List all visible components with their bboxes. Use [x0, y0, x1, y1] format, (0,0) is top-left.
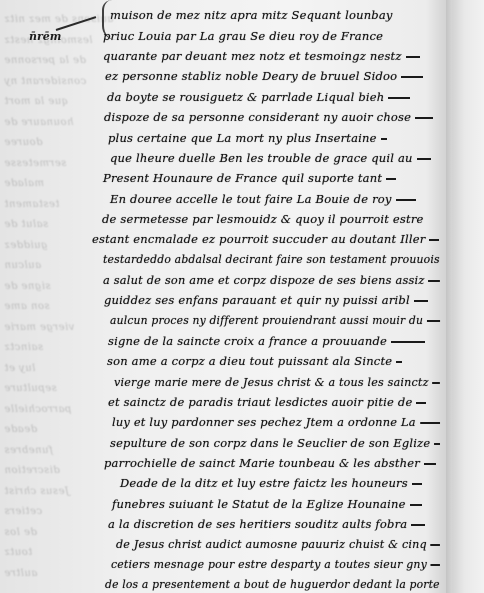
manuscript-line: cetiers mesnage pour estre desparty a to… — [111, 557, 440, 571]
line-filler-stroke — [429, 239, 439, 241]
bleed-through-line: cetiers — [4, 506, 42, 517]
manuscript-line: et sainctz de paradis triaut lesdictes a… — [108, 395, 426, 409]
line-text: luy et luy pardonner ses pechez Jtem a o… — [112, 415, 416, 429]
line-text: En douree accelle le tout faire La Bouie… — [110, 192, 392, 206]
line-text: signe de la saincte croix a france a pro… — [108, 334, 387, 348]
line-text: cetiers mesnage pour estre desparty a to… — [111, 557, 427, 571]
line-text: a la discretion de ses heritiers souditz… — [108, 517, 407, 531]
line-text: Deade de la ditz et luy estre faictz les… — [120, 476, 408, 490]
manuscript-line: a la discretion de ses heritiers souditz… — [108, 517, 425, 531]
manuscript-line: dispoze de sa personne considerant ny au… — [104, 110, 433, 124]
line-text: son ame a corpz a dieu tout puissant ala… — [107, 354, 392, 368]
manuscript-line: plus certaine que La mort ny plus Insert… — [108, 131, 387, 145]
bleed-through-line: considerant ny — [4, 76, 86, 87]
line-filler-stroke — [388, 97, 410, 99]
manuscript-line: a salut de son ame et corpz dispoze de s… — [103, 273, 440, 287]
line-text: Present Hounaure de France quil suporte … — [103, 171, 382, 185]
line-text: quarante par deuant mez notz et tesmoing… — [103, 49, 402, 63]
line-filler-stroke — [433, 382, 441, 384]
line-filler-stroke — [417, 158, 431, 160]
bleed-through-line: testament — [4, 199, 59, 210]
line-filler-stroke — [401, 76, 423, 78]
bleed-through-line: aultre — [4, 568, 37, 579]
manuscript-line: estant encmalade ez pourroit succuder au… — [92, 232, 439, 246]
line-filler-stroke — [414, 300, 428, 302]
line-text: priuc Louia par La grau Se dieu roy de F… — [103, 29, 383, 43]
line-filler-stroke — [396, 199, 416, 201]
bleed-through-line: sermetesse — [4, 158, 66, 169]
manuscript-line: vierge marie mere de Jesus christ & a to… — [114, 375, 440, 389]
manuscript-line: parrochielle de sainct Marie tounbeau & … — [104, 456, 436, 470]
manuscript-line: luy et luy pardonner ses pechez Jtem a o… — [112, 415, 440, 429]
line-text: estant encmalade ez pourroit succuder au… — [92, 232, 425, 246]
line-text: ez personne stabliz noble Deary de bruue… — [105, 69, 397, 83]
line-filler-stroke — [410, 504, 422, 506]
line-text: a salut de son ame et corpz dispoze de s… — [103, 273, 425, 287]
manuscript-line: que lheure duelle Ben les trouble de gra… — [110, 151, 431, 165]
line-text: testardeddo abdalsal decirant faire son … — [103, 252, 440, 266]
line-filler-stroke — [428, 280, 440, 282]
bleed-through-line: douree — [4, 137, 42, 148]
manuscript-page: auisons de mez nitzlesmoingz nestzde la … — [0, 0, 484, 593]
line-filler-stroke — [415, 117, 433, 119]
line-text: muison de mez nitz apra mitz Sequant lou… — [110, 8, 393, 22]
manuscript-line: En douree accelle le tout faire La Bouie… — [110, 192, 416, 206]
line-filler-stroke — [391, 341, 425, 343]
line-text: da boyte se rousiguetz & parrlade Liqual… — [107, 90, 384, 104]
bleed-through-line: de la personne — [4, 55, 86, 66]
manuscript-line: quarante par deuant mez notz et tesmoing… — [103, 49, 420, 63]
line-text: sepulture de son corpz dans le Seuclier … — [110, 436, 430, 450]
line-text: et sainctz de paradis triaut lesdictes a… — [108, 395, 412, 409]
line-text: vierge marie mere de Jesus christ & a to… — [114, 375, 429, 389]
line-text: que lheure duelle Ben les trouble de gra… — [110, 151, 413, 165]
bleed-through-line: toutz — [4, 547, 32, 558]
bleed-through-line: aulcun — [4, 260, 41, 271]
bleed-through-line: sainctz — [4, 342, 43, 353]
bleed-through-line: Jesus christ — [4, 486, 69, 497]
line-filler-stroke — [412, 483, 422, 485]
bleed-through-line: son ame — [4, 301, 50, 312]
bleed-through-line: discretion — [4, 465, 60, 476]
line-filler-stroke — [406, 56, 420, 58]
line-text: de los a presentement a bout de huguerdo… — [105, 577, 440, 591]
line-filler-stroke — [431, 564, 440, 566]
manuscript-line: de sermetesse par lesmouidz & quoy il po… — [102, 212, 424, 226]
manuscript-line: de los a presentement a bout de huguerdo… — [105, 577, 440, 591]
line-filler-stroke — [386, 178, 396, 180]
bleed-through-line: deade — [4, 424, 37, 435]
page-edge — [446, 0, 452, 593]
manuscript-line: priuc Louia par La grau Se dieu roy de F… — [103, 29, 383, 43]
manuscript-line: sepulture de son corpz dans le Seuclier … — [110, 436, 440, 450]
line-filler-stroke — [434, 443, 440, 445]
bleed-through-line: hounaure de — [4, 117, 73, 128]
line-text: aulcun proces ny different prouiendrant … — [110, 313, 423, 327]
manuscript-line: Deade de la ditz et luy estre faictz les… — [120, 476, 422, 490]
manuscript-line: Present Hounaure de France quil suporte … — [103, 171, 396, 185]
bleed-through-line: que la mort — [4, 96, 68, 107]
bleed-through-line: guiddez — [4, 240, 48, 251]
bleed-through-line: salut de — [4, 219, 48, 230]
line-text: guiddez ses enfans parauant et quir ny p… — [104, 293, 410, 307]
line-filler-stroke — [381, 138, 387, 140]
bleed-through-line: de los — [4, 527, 37, 538]
bleed-through-text: auisons de mez nitzlesmoingz nestzde la … — [0, 0, 105, 593]
line-text: dispoze de sa personne considerant ny au… — [104, 110, 411, 124]
manuscript-line: ez personne stabliz noble Deary de bruue… — [105, 69, 423, 83]
manuscript-line: signe de la saincte croix a france a pro… — [108, 334, 425, 348]
manuscript-line: aulcun proces ny different prouiendrant … — [110, 313, 440, 327]
margin-note: n̄rēm — [29, 30, 61, 43]
bleed-through-line: auisons de mez nitz — [4, 14, 113, 25]
manuscript-line: muison de mez nitz apra mitz Sequant lou… — [110, 8, 393, 22]
bleed-through-line: vierge marie — [4, 322, 74, 333]
line-text: funebres suiuant le Statut de la Eglize … — [112, 497, 406, 511]
line-text: de Jesus christ audict aumosne pauuriz c… — [116, 537, 427, 551]
bleed-through-line: funebres — [4, 445, 53, 456]
bleed-through-line: signe de — [4, 281, 51, 292]
manuscript-line: guiddez ses enfans parauant et quir ny p… — [104, 293, 428, 307]
line-text: de sermetesse par lesmouidz & quoy il po… — [102, 212, 424, 226]
manuscript-line: de Jesus christ audict aumosne pauuriz c… — [116, 537, 440, 551]
line-text: parrochielle de sainct Marie tounbeau & … — [104, 456, 420, 470]
line-filler-stroke — [427, 320, 440, 322]
line-filler-stroke — [396, 361, 402, 363]
line-text: plus certaine que La mort ny plus Insert… — [108, 131, 377, 145]
bleed-through-line: malade — [4, 178, 44, 189]
line-filler-stroke — [424, 463, 436, 465]
manuscript-line: son ame a corpz a dieu tout puissant ala… — [107, 354, 402, 368]
line-filler-stroke — [416, 402, 426, 404]
manuscript-line: da boyte se rousiguetz & parrlade Liqual… — [107, 90, 410, 104]
bleed-through-line: sepulture — [4, 383, 57, 394]
line-filler-stroke — [420, 422, 440, 424]
bleed-through-line: luy et — [4, 363, 35, 374]
bleed-through-line: parrochielle — [4, 404, 71, 415]
line-filler-stroke — [431, 544, 441, 546]
manuscript-line: testardeddo abdalsal decirant faire son … — [103, 252, 440, 266]
manuscript-line: funebres suiuant le Statut de la Eglize … — [112, 497, 422, 511]
line-filler-stroke — [411, 524, 425, 526]
